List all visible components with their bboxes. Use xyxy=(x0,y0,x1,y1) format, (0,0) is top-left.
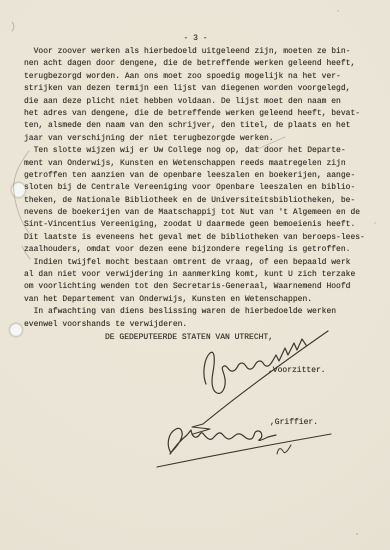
body-line: strijken van dezen termijn een lijst van… xyxy=(24,83,378,95)
body-line: ten, alsmede den naam van den schrijver,… xyxy=(24,120,378,132)
body-line: van het Departement van Onderwijs, Kunst… xyxy=(24,294,378,306)
pencil-corner-mark xyxy=(12,22,14,31)
body-line: om voorlichting wenden tot den Secretari… xyxy=(24,281,378,293)
body-line: nevens de boekerijen van de Maatschappij… xyxy=(24,207,378,219)
voorzitter-label: ,Voorzitter. xyxy=(268,367,326,375)
body-line: evenwel voorshands te verwijderen. xyxy=(24,319,378,331)
body-line: Indien twijfel mocht bestaan omtrent de … xyxy=(24,257,378,269)
body-line: terugbezorgd worden. Aan ons moet zoo sp… xyxy=(24,71,378,83)
closing-authority-line: DE GEDEPUTEERDE STATEN VAN UTRECHT, xyxy=(105,334,273,342)
body-line: ment van Onderwijs, Kunsten en Wetenscha… xyxy=(24,158,378,170)
scanned-letter-page: - 3 - Voor zoover werken als hierbedoeld… xyxy=(0,0,390,550)
punch-hole-icon xyxy=(12,183,25,197)
body-line: die aan deze plicht niet hebben voldaan.… xyxy=(24,96,378,108)
signature-cross-stroke xyxy=(203,331,328,424)
body-line: het adres van dengene, die de betreffend… xyxy=(24,108,378,120)
body-line: Ten slotte wijzen wij er Uw College nog … xyxy=(24,145,378,157)
signature-zigzag xyxy=(192,424,210,434)
initial-w-mark xyxy=(277,445,291,454)
body-line: Sint-Vincentius Vereeniging, zoodat U da… xyxy=(24,219,378,231)
body-line: al dan niet voor verwijdering in aanmerk… xyxy=(24,269,378,281)
body-line: In afwachting van diens beslissing waren… xyxy=(24,306,378,318)
body-line: Dit laatste is eveneens het geval met de… xyxy=(24,232,378,244)
body-line: theken, de Nationale Bibliotheek en de U… xyxy=(24,195,378,207)
griffier-signature xyxy=(168,428,276,454)
body-line: nen acht dagen door dengene, die de betr… xyxy=(24,58,378,70)
body-line: Voor zoover werken als hierbedoeld uitge… xyxy=(24,46,378,58)
body-line: getroffen ten aanzien van de openbare le… xyxy=(24,170,378,182)
body-line: sloten bij de Centrale Vereeniging voor … xyxy=(24,182,378,194)
page-number: - 3 - xyxy=(24,35,367,43)
signature-underline xyxy=(157,434,331,467)
griffier-label: ,Griffier. xyxy=(270,419,318,427)
punch-hole-icon xyxy=(10,324,22,336)
paper-speck xyxy=(356,533,358,535)
paper-speck xyxy=(337,10,338,11)
letter-body: Voor zoover werken als hierbedoeld uitge… xyxy=(24,46,378,331)
body-line: jaar van verschijning der niet terugbezo… xyxy=(24,133,378,145)
body-line: zaalhouders, omdat voor dezen eene bijzo… xyxy=(24,244,378,256)
